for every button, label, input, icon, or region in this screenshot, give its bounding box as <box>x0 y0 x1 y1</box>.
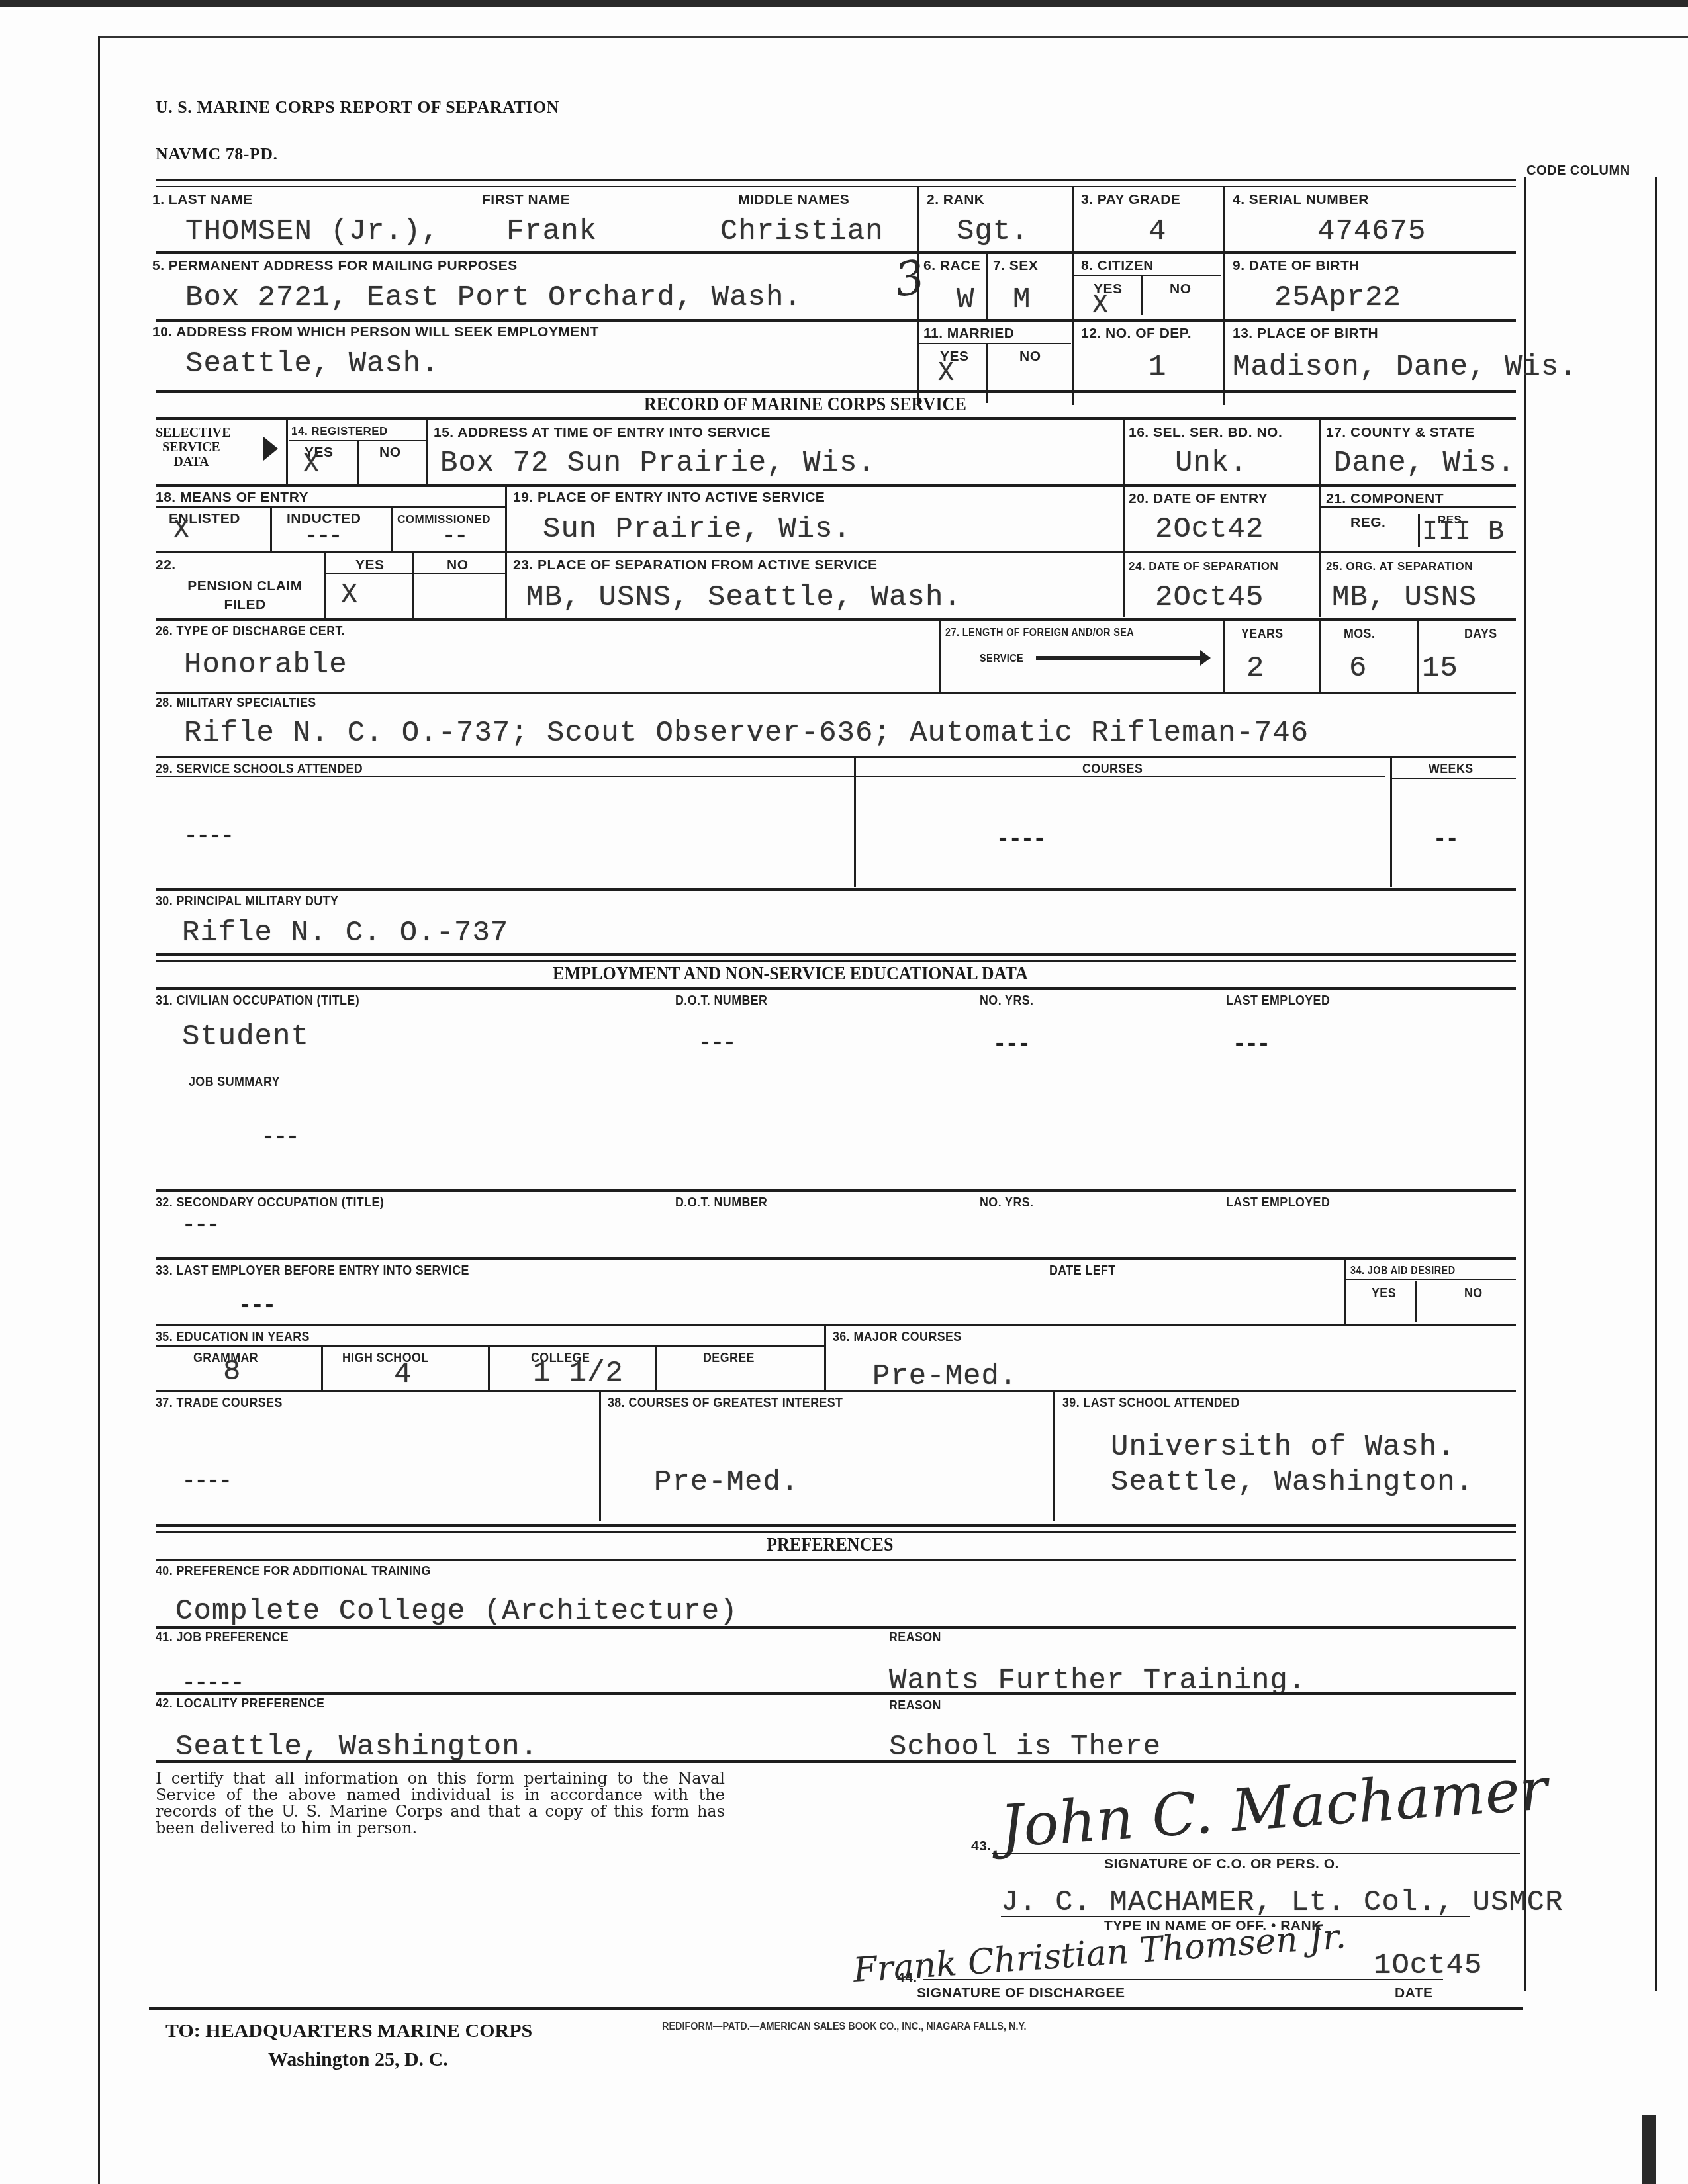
rule <box>1321 506 1516 508</box>
footer-city-line: Washington 25, D. C. <box>268 2048 448 2071</box>
divider <box>1319 418 1321 617</box>
citizen-label: 8. CITIZEN <box>1081 258 1154 274</box>
rule <box>156 1189 1516 1192</box>
date-of-entry-label: 20. DATE OF ENTRY <box>1129 491 1268 507</box>
enlisted-mark[interactable]: X <box>173 516 190 546</box>
dependents-label: 12. NO. OF DEP. <box>1081 326 1192 341</box>
no-yrs-value: --- <box>993 1032 1029 1058</box>
rule <box>156 618 1516 621</box>
last-employer-value: --- <box>238 1294 275 1319</box>
commissioned-mark[interactable]: -- <box>442 524 467 549</box>
trade-courses-label: 37. TRADE COURSES <box>156 1395 283 1411</box>
rule <box>156 551 1516 553</box>
rule <box>149 2007 1523 2010</box>
locality-preference-label: 42. LOCALITY PREFERENCE <box>156 1696 324 1711</box>
rule <box>1392 778 1516 779</box>
weeks-value: -- <box>1433 827 1458 852</box>
first-name-label: FIRST NAME <box>482 192 570 208</box>
rule <box>156 953 1516 956</box>
pointer-arrow-icon <box>263 437 278 461</box>
rule <box>919 343 1071 344</box>
divider <box>321 1347 323 1390</box>
divider <box>986 253 988 320</box>
last-name-value: THOMSEN (Jr.), <box>185 215 440 248</box>
training-preference-label: 40. PREFERENCE FOR ADDITIONAL TRAINING <box>156 1563 431 1579</box>
means-of-entry-label: 18. MEANS OF ENTRY <box>156 490 308 506</box>
scan-edge-line <box>98 36 1688 38</box>
service-schools-label: 29. SERVICE SCHOOLS ATTENDED <box>156 761 363 777</box>
education-label: 35. EDUCATION IN YEARS <box>156 1329 310 1345</box>
high-school-label: HIGH SCHOOL <box>342 1350 429 1366</box>
form-left-border <box>98 36 100 2184</box>
signature-line <box>923 1979 1443 1980</box>
pension-no-label: NO <box>447 557 469 573</box>
job-aid-label: 34. JOB AID DESIRED <box>1350 1264 1456 1277</box>
high-school-value: 4 <box>394 1358 412 1391</box>
pension-yes-label: YES <box>355 557 385 573</box>
major-courses-label: 36. MAJOR COURSES <box>833 1329 962 1345</box>
job-summary-label: JOB SUMMARY <box>189 1074 280 1090</box>
permanent-address-label: 5. PERMANENT ADDRESS FOR MAILING PURPOSE… <box>152 258 518 274</box>
rule <box>156 484 1516 487</box>
pay-grade-label: 3. PAY GRADE <box>1081 192 1180 208</box>
divider <box>357 441 359 484</box>
divider <box>488 1347 490 1390</box>
race-label: 6. RACE <box>923 258 980 274</box>
race-value: W <box>957 283 974 316</box>
org-at-separation-label: 25. ORG. AT SEPARATION <box>1326 560 1473 573</box>
last-school-line-2: Seattle, Washington. <box>1111 1466 1474 1499</box>
divider <box>1053 1392 1055 1521</box>
months-label: MOS. <box>1344 626 1375 642</box>
rule <box>156 1524 1516 1527</box>
rule <box>156 888 1516 891</box>
rule <box>156 1760 1516 1763</box>
date-of-entry-value: 2Oct42 <box>1155 513 1264 546</box>
rule <box>156 1531 1516 1533</box>
place-of-separation-label: 23. PLACE OF SEPARATION FROM ACTIVE SERV… <box>513 557 877 573</box>
rule <box>156 692 1516 694</box>
no-yrs-label: NO. YRS. <box>980 993 1033 1009</box>
divider <box>1223 619 1225 692</box>
dot-number-label: D.O.T. NUMBER <box>675 993 767 1009</box>
trade-courses-value: ---- <box>182 1469 231 1494</box>
secondary-occupation-value: --- <box>182 1213 218 1238</box>
form-number: NAVMC 78-PD. <box>156 144 278 164</box>
registered-no-label: NO <box>379 445 401 461</box>
printer-credit: REDIFORM—PATD.—AMERICAN SALES BOOK CO., … <box>662 2020 1026 2033</box>
years-label: YEARS <box>1241 626 1284 642</box>
officer-typed-name: J. C. MACHAMER, Lt. Col., USMCR <box>1001 1886 1564 1919</box>
service-section-title: RECORD OF MARINE CORPS SERVICE <box>644 394 966 416</box>
preferences-section-title: PREFERENCES <box>767 1534 893 1556</box>
rule <box>156 776 854 777</box>
org-at-separation-value: MB, USNS <box>1332 581 1477 614</box>
sex-label: 7. SEX <box>993 258 1038 274</box>
co-signature: John C. Machamer <box>998 1754 1549 1861</box>
job-reason-label: REASON <box>889 1629 941 1645</box>
divider <box>1418 514 1420 547</box>
inducted-mark[interactable]: --- <box>305 524 341 549</box>
citizen-yes-mark[interactable]: X <box>1092 291 1109 321</box>
grammar-value: 8 <box>223 1355 241 1388</box>
courses-value: ---- <box>996 827 1045 852</box>
dependents-value: 1 <box>1149 351 1166 384</box>
component-reg-label: REG. <box>1350 515 1385 531</box>
sel-ser-bd-value: Unk. <box>1175 447 1248 480</box>
place-of-separation-value: MB, USNS, Seattle, Wash. <box>526 581 962 614</box>
divider <box>1344 1259 1346 1324</box>
rule <box>156 1692 1516 1695</box>
code-column-right-border <box>1655 177 1657 1991</box>
divider <box>426 418 428 484</box>
rule <box>156 1626 1516 1629</box>
date-of-birth-value: 25Apr22 <box>1274 281 1401 314</box>
component-label: 21. COMPONENT <box>1326 491 1444 507</box>
county-state-label: 17. COUNTY & STATE <box>1326 425 1475 441</box>
job-summary-value: --- <box>261 1125 298 1150</box>
divider <box>324 552 326 618</box>
serial-number-label: 4. SERIAL NUMBER <box>1233 192 1369 208</box>
job-aid-yes[interactable]: YES <box>1372 1285 1396 1301</box>
courses-label: COURSES <box>1082 761 1143 777</box>
days-label: DAYS <box>1464 626 1497 642</box>
married-no-label: NO <box>1019 349 1041 365</box>
employment-address-label: 10. ADDRESS FROM WHICH PERSON WILL SEEK … <box>152 324 599 340</box>
last-employed-value: --- <box>1233 1032 1269 1058</box>
divider <box>1417 619 1419 692</box>
date-left-label: DATE LEFT <box>1049 1263 1116 1279</box>
divider <box>599 1392 601 1521</box>
rule <box>156 756 1516 758</box>
first-name-value: Frank <box>506 215 597 248</box>
locality-preference-value: Seattle, Washington. <box>175 1731 538 1764</box>
code-column-label: CODE COLUMN <box>1526 163 1630 179</box>
civilian-occupation-value: Student <box>182 1021 309 1054</box>
greatest-interest-label: 38. COURSES OF GREATEST INTEREST <box>608 1395 843 1411</box>
last-employed-label: LAST EMPLOYED <box>1226 993 1330 1009</box>
divider <box>412 552 414 618</box>
sex-value: M <box>1013 283 1031 316</box>
signature-date-value: 1Oct45 <box>1374 1949 1482 1982</box>
job-preference-label: 41. JOB PREFERENCE <box>156 1629 289 1645</box>
employment-address-value: Seattle, Wash. <box>185 347 440 381</box>
code-column-left-border <box>1524 177 1526 1991</box>
last-school-label: 39. LAST SCHOOL ATTENDED <box>1062 1395 1240 1411</box>
secondary-last-employed-label: LAST EMPLOYED <box>1226 1195 1330 1210</box>
discharge-value: Honorable <box>184 649 348 682</box>
months-value: 6 <box>1349 652 1367 685</box>
divider <box>655 1347 657 1390</box>
signature-line <box>1001 1916 1470 1917</box>
sel-ser-bd-label: 16. SEL. SER. BD. NO. <box>1129 425 1282 441</box>
rule <box>156 186 1516 187</box>
scan-top-edge <box>0 0 1688 7</box>
permanent-address-value: Box 2721, East Port Orchard, Wash. <box>185 281 802 314</box>
rule <box>156 417 1516 420</box>
last-name-label: 1. LAST NAME <box>152 192 253 208</box>
days-value: 15 <box>1422 652 1458 685</box>
date-of-birth-label: 9. DATE OF BIRTH <box>1233 258 1360 274</box>
rule <box>156 319 1516 322</box>
divider <box>986 343 988 403</box>
principal-duty-value: Rifle N. C. O.-737 <box>182 917 508 950</box>
last-employer-label: 33. LAST EMPLOYER BEFORE ENTRY INTO SERV… <box>156 1263 469 1279</box>
foreign-service-label: 27. LENGTH OF FOREIGN AND/OR SEA <box>945 626 1134 639</box>
middle-names-label: MIDDLE NAMES <box>738 192 849 208</box>
specialties-value: Rifle N. C. O.-737; Scout Observer-636; … <box>184 717 1309 750</box>
divider <box>824 1326 826 1390</box>
selective-service-label: SELECTIVE SERVICE DATA <box>156 425 227 469</box>
foreign-service-label-2: SERVICE <box>980 652 1023 665</box>
service-schools-value: ---- <box>184 824 233 849</box>
locality-reason-value: School is There <box>889 1731 1161 1764</box>
discharge-label: 26. TYPE OF DISCHARGE CERT. <box>156 623 345 639</box>
date-of-separation-label: 24. DATE OF SEPARATION <box>1129 560 1278 573</box>
rank-value: Sgt. <box>957 215 1029 248</box>
principal-duty-label: 30. PRINCIPAL MILITARY DUTY <box>156 893 338 909</box>
divider <box>1319 619 1321 692</box>
rule <box>156 1559 1516 1561</box>
co-signature-number: 43. <box>971 1839 992 1854</box>
divider <box>286 418 288 484</box>
birthplace-value: Madison, Dane, Wis. <box>1233 351 1577 384</box>
divider <box>391 507 393 551</box>
major-courses-value: Pre-Med. <box>872 1360 1017 1393</box>
divider <box>1223 187 1225 405</box>
rule <box>156 1324 1516 1326</box>
middle-name-value: Christian <box>720 215 884 248</box>
footer-to-line: TO: HEADQUARTERS MARINE CORPS <box>165 2020 532 2042</box>
citizen-no-label: NO <box>1170 281 1192 297</box>
rule <box>156 987 1516 990</box>
married-yes-mark[interactable]: X <box>938 359 955 388</box>
handwritten-mark: 3 <box>892 250 929 307</box>
divider <box>1141 275 1143 315</box>
rule <box>156 179 1516 181</box>
certification-text: I certify that all information on this f… <box>156 1770 725 1837</box>
employment-section-title: EMPLOYMENT AND NON-SERVICE EDUCATIONAL D… <box>553 963 1028 985</box>
signature-line <box>992 1853 1520 1854</box>
training-preference-value: Complete College (Architecture) <box>175 1595 738 1628</box>
rank-label: 2. RANK <box>927 192 985 208</box>
rule <box>326 573 505 574</box>
secondary-occupation-label: 32. SECONDARY OCCUPATION (TITLE) <box>156 1195 384 1210</box>
birthplace-label: 13. PLACE OF BIRTH <box>1233 326 1378 341</box>
rule <box>156 1257 1516 1260</box>
dischargee-signature-label: SIGNATURE OF DISCHARGEE <box>917 1985 1125 2001</box>
serial-number-value: 474675 <box>1317 215 1426 248</box>
married-label: 11. MARRIED <box>923 326 1014 341</box>
registered-yes-mark[interactable]: X <box>303 450 320 480</box>
secondary-dot-number-label: D.O.T. NUMBER <box>675 1195 767 1210</box>
place-of-entry-label: 19. PLACE OF ENTRY INTO ACTIVE SERVICE <box>513 490 825 506</box>
greatest-interest-value: Pre-Med. <box>654 1466 799 1499</box>
scan-margin-marker <box>1642 2115 1656 2184</box>
divider <box>1123 418 1125 617</box>
divider <box>1072 187 1074 405</box>
rule <box>156 1390 1516 1392</box>
civilian-occupation-label: 31. CIVILIAN OCCUPATION (TITLE) <box>156 993 359 1009</box>
dot-number-value: --- <box>698 1031 735 1056</box>
rule <box>156 506 505 508</box>
date-label: DATE <box>1395 1985 1433 2001</box>
rule <box>1346 1279 1516 1280</box>
right-arrow-icon <box>1036 656 1201 660</box>
county-state-value: Dane, Wis. <box>1334 447 1515 480</box>
pension-claim-label: PENSION CLAIM FILED <box>169 577 321 614</box>
years-value: 2 <box>1246 652 1264 685</box>
registered-label: 14. REGISTERED <box>291 425 388 438</box>
divider <box>1415 1281 1417 1322</box>
college-value: 1 1/2 <box>533 1357 624 1390</box>
divider <box>917 187 919 405</box>
entry-address-value: Box 72 Sun Prairie, Wis. <box>440 447 876 480</box>
specialties-label: 28. MILITARY SPECIALTIES <box>156 695 316 711</box>
divider <box>854 758 856 887</box>
pension-number: 22. <box>156 557 176 573</box>
rule <box>156 390 1516 393</box>
rule <box>156 1345 824 1347</box>
rule <box>856 776 1385 777</box>
divider <box>270 507 272 551</box>
dischargee-signature-number: 44. <box>897 1970 917 1986</box>
divider <box>939 619 941 692</box>
degree-label: DEGREE <box>703 1350 755 1366</box>
place-of-entry-value: Sun Prairie, Wis. <box>543 513 851 546</box>
last-school-line-1: Universith of Wash. <box>1111 1431 1456 1464</box>
form-title: U. S. MARINE CORPS REPORT OF SEPARATION <box>156 97 559 117</box>
pay-grade-value: 4 <box>1149 215 1166 248</box>
locality-reason-label: REASON <box>889 1698 941 1713</box>
rule <box>156 960 1516 962</box>
job-aid-no[interactable]: NO <box>1464 1285 1483 1301</box>
pension-yes-mark[interactable]: X <box>341 579 358 611</box>
weeks-label: WEEKS <box>1429 761 1474 777</box>
rule <box>1074 275 1221 276</box>
separation-report-page: U. S. MARINE CORPS REPORT OF SEPARATION … <box>0 0 1688 2184</box>
secondary-no-yrs-label: NO. YRS. <box>980 1195 1033 1210</box>
co-signature-label: SIGNATURE OF C.O. OR PERS. O. <box>1104 1856 1339 1872</box>
rule <box>156 251 1516 254</box>
entry-address-label: 15. ADDRESS AT TIME OF ENTRY INTO SERVIC… <box>434 425 771 441</box>
component-value: III B <box>1422 518 1505 547</box>
date-of-separation-value: 2Oct45 <box>1155 581 1264 614</box>
